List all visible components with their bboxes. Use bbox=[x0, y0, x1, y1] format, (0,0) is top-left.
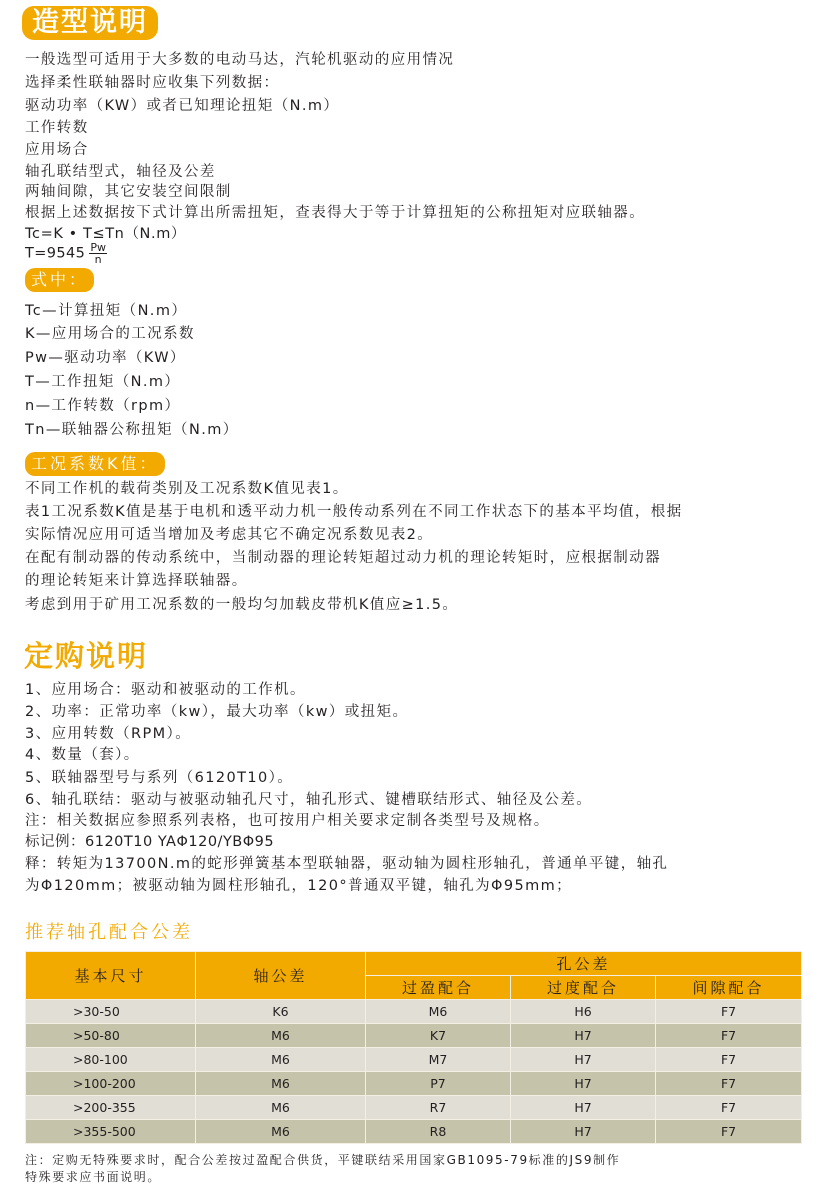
ordering-line-4: 4、数量（套）。 bbox=[25, 745, 140, 765]
cell-transition: H7 bbox=[511, 1120, 656, 1144]
cell-shaft: M6 bbox=[196, 1096, 366, 1120]
cell-interference: M6 bbox=[366, 1000, 511, 1024]
header-shaft-tolerance: 轴公差 bbox=[196, 952, 366, 1000]
selection-section-title: 造型说明 bbox=[22, 6, 158, 40]
formula-denominator: n bbox=[89, 254, 107, 265]
cell-transition: H6 bbox=[511, 1000, 656, 1024]
formula-torque: T=9545Pwn bbox=[25, 242, 107, 265]
cell-interference: P7 bbox=[366, 1072, 511, 1096]
cell-transition: H7 bbox=[511, 1072, 656, 1096]
k-value-line-2: 表1工况系数K值是基于电机和透平动力机一般传动系列在不同工作状态下的基本平均值，… bbox=[25, 502, 683, 522]
definition-tc: Tc—计算扭矩（N.m） bbox=[25, 301, 187, 321]
cell-shaft: M6 bbox=[196, 1120, 366, 1144]
cell-interference: M7 bbox=[366, 1048, 511, 1072]
table-row: >200-355 M6 R7 H7 F7 bbox=[26, 1096, 802, 1120]
cell-shaft: M6 bbox=[196, 1024, 366, 1048]
intro-line-5: 应用场合 bbox=[25, 140, 89, 160]
definition-t: T—工作扭矩（N.m） bbox=[25, 372, 180, 392]
header-clearance-fit: 间隙配合 bbox=[656, 976, 802, 1000]
definition-k: K—应用场合的工况系数 bbox=[25, 324, 195, 344]
marking-explanation-1: 释：转矩为13700N.m的蛇形弹簧基本型联轴器，驱动轴为圆柱形轴孔，普通单平键… bbox=[25, 854, 668, 874]
k-value-line-5: 的理论转矩来计算选择联轴器。 bbox=[25, 571, 248, 591]
formula-torque-prefix: T=9545 bbox=[25, 246, 85, 262]
ordering-note: 注：相关数据应参照系列表格，也可按用户相关要求定制各类型号及规格。 bbox=[25, 811, 550, 831]
table-row: >30-50 K6 M6 H6 F7 bbox=[26, 1000, 802, 1024]
definition-pw: Pw—驱动功率（KW） bbox=[25, 348, 186, 368]
definition-n: n—工作转数（rpm） bbox=[25, 396, 180, 416]
k-value-line-3: 实际情况应用可适当增加及考虑其它不确定况系数见表2。 bbox=[25, 525, 433, 545]
ordering-line-3: 3、应用转数（RPM）。 bbox=[25, 724, 191, 744]
cell-size: >80-100 bbox=[26, 1048, 196, 1072]
header-transition-fit: 过度配合 bbox=[511, 976, 656, 1000]
table-row: >355-500 M6 R8 H7 F7 bbox=[26, 1120, 802, 1144]
cell-clearance: F7 bbox=[656, 1048, 802, 1072]
cell-interference: R7 bbox=[366, 1096, 511, 1120]
ordering-line-6: 6、轴孔联结：驱动与被驱动轴孔尺寸，轴孔形式、键槽联结形式、轴径及公差。 bbox=[25, 790, 592, 810]
cell-shaft: K6 bbox=[196, 1000, 366, 1024]
intro-line-6: 轴孔联结型式，轴径及公差 bbox=[25, 162, 216, 182]
intro-line-2: 选择柔性联轴器时应收集下列数据： bbox=[25, 73, 279, 93]
cell-size: >355-500 bbox=[26, 1120, 196, 1144]
header-interference-fit: 过盈配合 bbox=[366, 976, 511, 1000]
intro-line-1: 一般选型可适用于大多数的电动马达，汽轮机驱动的应用情况 bbox=[25, 50, 454, 70]
marking-example: 标记例：6120T10 YAΦ120/YBΦ95 bbox=[25, 832, 274, 852]
cell-shaft: M6 bbox=[196, 1072, 366, 1096]
k-value-line-4: 在配有制动器的传动系统中，当制动器的理论转矩超过动力机的理论转矩时，应根据制动器 bbox=[25, 548, 661, 568]
cell-clearance: F7 bbox=[656, 1120, 802, 1144]
table-note-line-1: 注：定购无特殊要求时，配合公差按过盈配合供货，平键联结采用国家GB1095-79… bbox=[25, 1152, 620, 1169]
header-basic-size: 基本尺寸 bbox=[26, 952, 196, 1000]
cell-size: >100-200 bbox=[26, 1072, 196, 1096]
table-row: >100-200 M6 P7 H7 F7 bbox=[26, 1072, 802, 1096]
cell-interference: R8 bbox=[366, 1120, 511, 1144]
cell-size: >50-80 bbox=[26, 1024, 196, 1048]
cell-shaft: M6 bbox=[196, 1048, 366, 1072]
cell-clearance: F7 bbox=[656, 1024, 802, 1048]
marking-explanation-2: 为Φ120mm；被驱动轴为圆柱形轴孔，120°普通双平键，轴孔为Φ95mm； bbox=[25, 876, 572, 896]
where-label: 式中： bbox=[25, 268, 94, 292]
header-hole-tolerance: 孔公差 bbox=[366, 952, 802, 976]
intro-line-4: 工作转数 bbox=[25, 118, 89, 138]
ordering-section-title: 定购说明 bbox=[24, 638, 148, 674]
cell-interference: K7 bbox=[366, 1024, 511, 1048]
table-row: >80-100 M6 M7 H7 F7 bbox=[26, 1048, 802, 1072]
k-value-label: 工况系数K值： bbox=[25, 452, 165, 476]
intro-line-7: 两轴间隙，其它安装空间限制 bbox=[25, 182, 232, 202]
cell-transition: H7 bbox=[511, 1048, 656, 1072]
cell-transition: H7 bbox=[511, 1096, 656, 1120]
cell-size: >200-355 bbox=[26, 1096, 196, 1120]
cell-clearance: F7 bbox=[656, 1072, 802, 1096]
ordering-line-1: 1、应用场合：驱动和被驱动的工作机。 bbox=[25, 680, 306, 700]
formula-fraction: Pwn bbox=[89, 242, 107, 265]
k-value-line-6: 考虑到用于矿用工况系数的一般均匀加载皮带机K值应≥1.5。 bbox=[25, 595, 458, 615]
cell-clearance: F7 bbox=[656, 1000, 802, 1024]
cell-transition: H7 bbox=[511, 1024, 656, 1048]
table-row: >50-80 M6 K7 H7 F7 bbox=[26, 1024, 802, 1048]
cell-clearance: F7 bbox=[656, 1096, 802, 1120]
tolerance-table: 基本尺寸 轴公差 孔公差 过盈配合 过度配合 间隙配合 >30-50 K6 M6… bbox=[25, 951, 802, 1144]
intro-line-8: 根据上述数据按下式计算出所需扭矩，查表得大于等于计算扭矩的公称扭矩对应联轴器。 bbox=[25, 203, 645, 223]
tolerance-table-title: 推荐轴孔配合公差 bbox=[25, 921, 193, 945]
intro-line-3: 驱动功率（KW）或者已知理论扭矩（N.m） bbox=[25, 96, 339, 116]
ordering-line-5: 5、联轴器型号与系列（6120T10）。 bbox=[25, 768, 293, 788]
k-value-line-1: 不同工作机的载荷类别及工况系数K值见表1。 bbox=[25, 479, 349, 499]
table-note-line-2: 特殊要求应书面说明。 bbox=[25, 1169, 161, 1186]
definition-tn: Tn—联轴器公称扭矩（N.m） bbox=[25, 420, 239, 440]
ordering-line-2: 2、功率：正常功率（kw），最大功率（kw）或扭矩。 bbox=[25, 702, 408, 722]
cell-size: >30-50 bbox=[26, 1000, 196, 1024]
